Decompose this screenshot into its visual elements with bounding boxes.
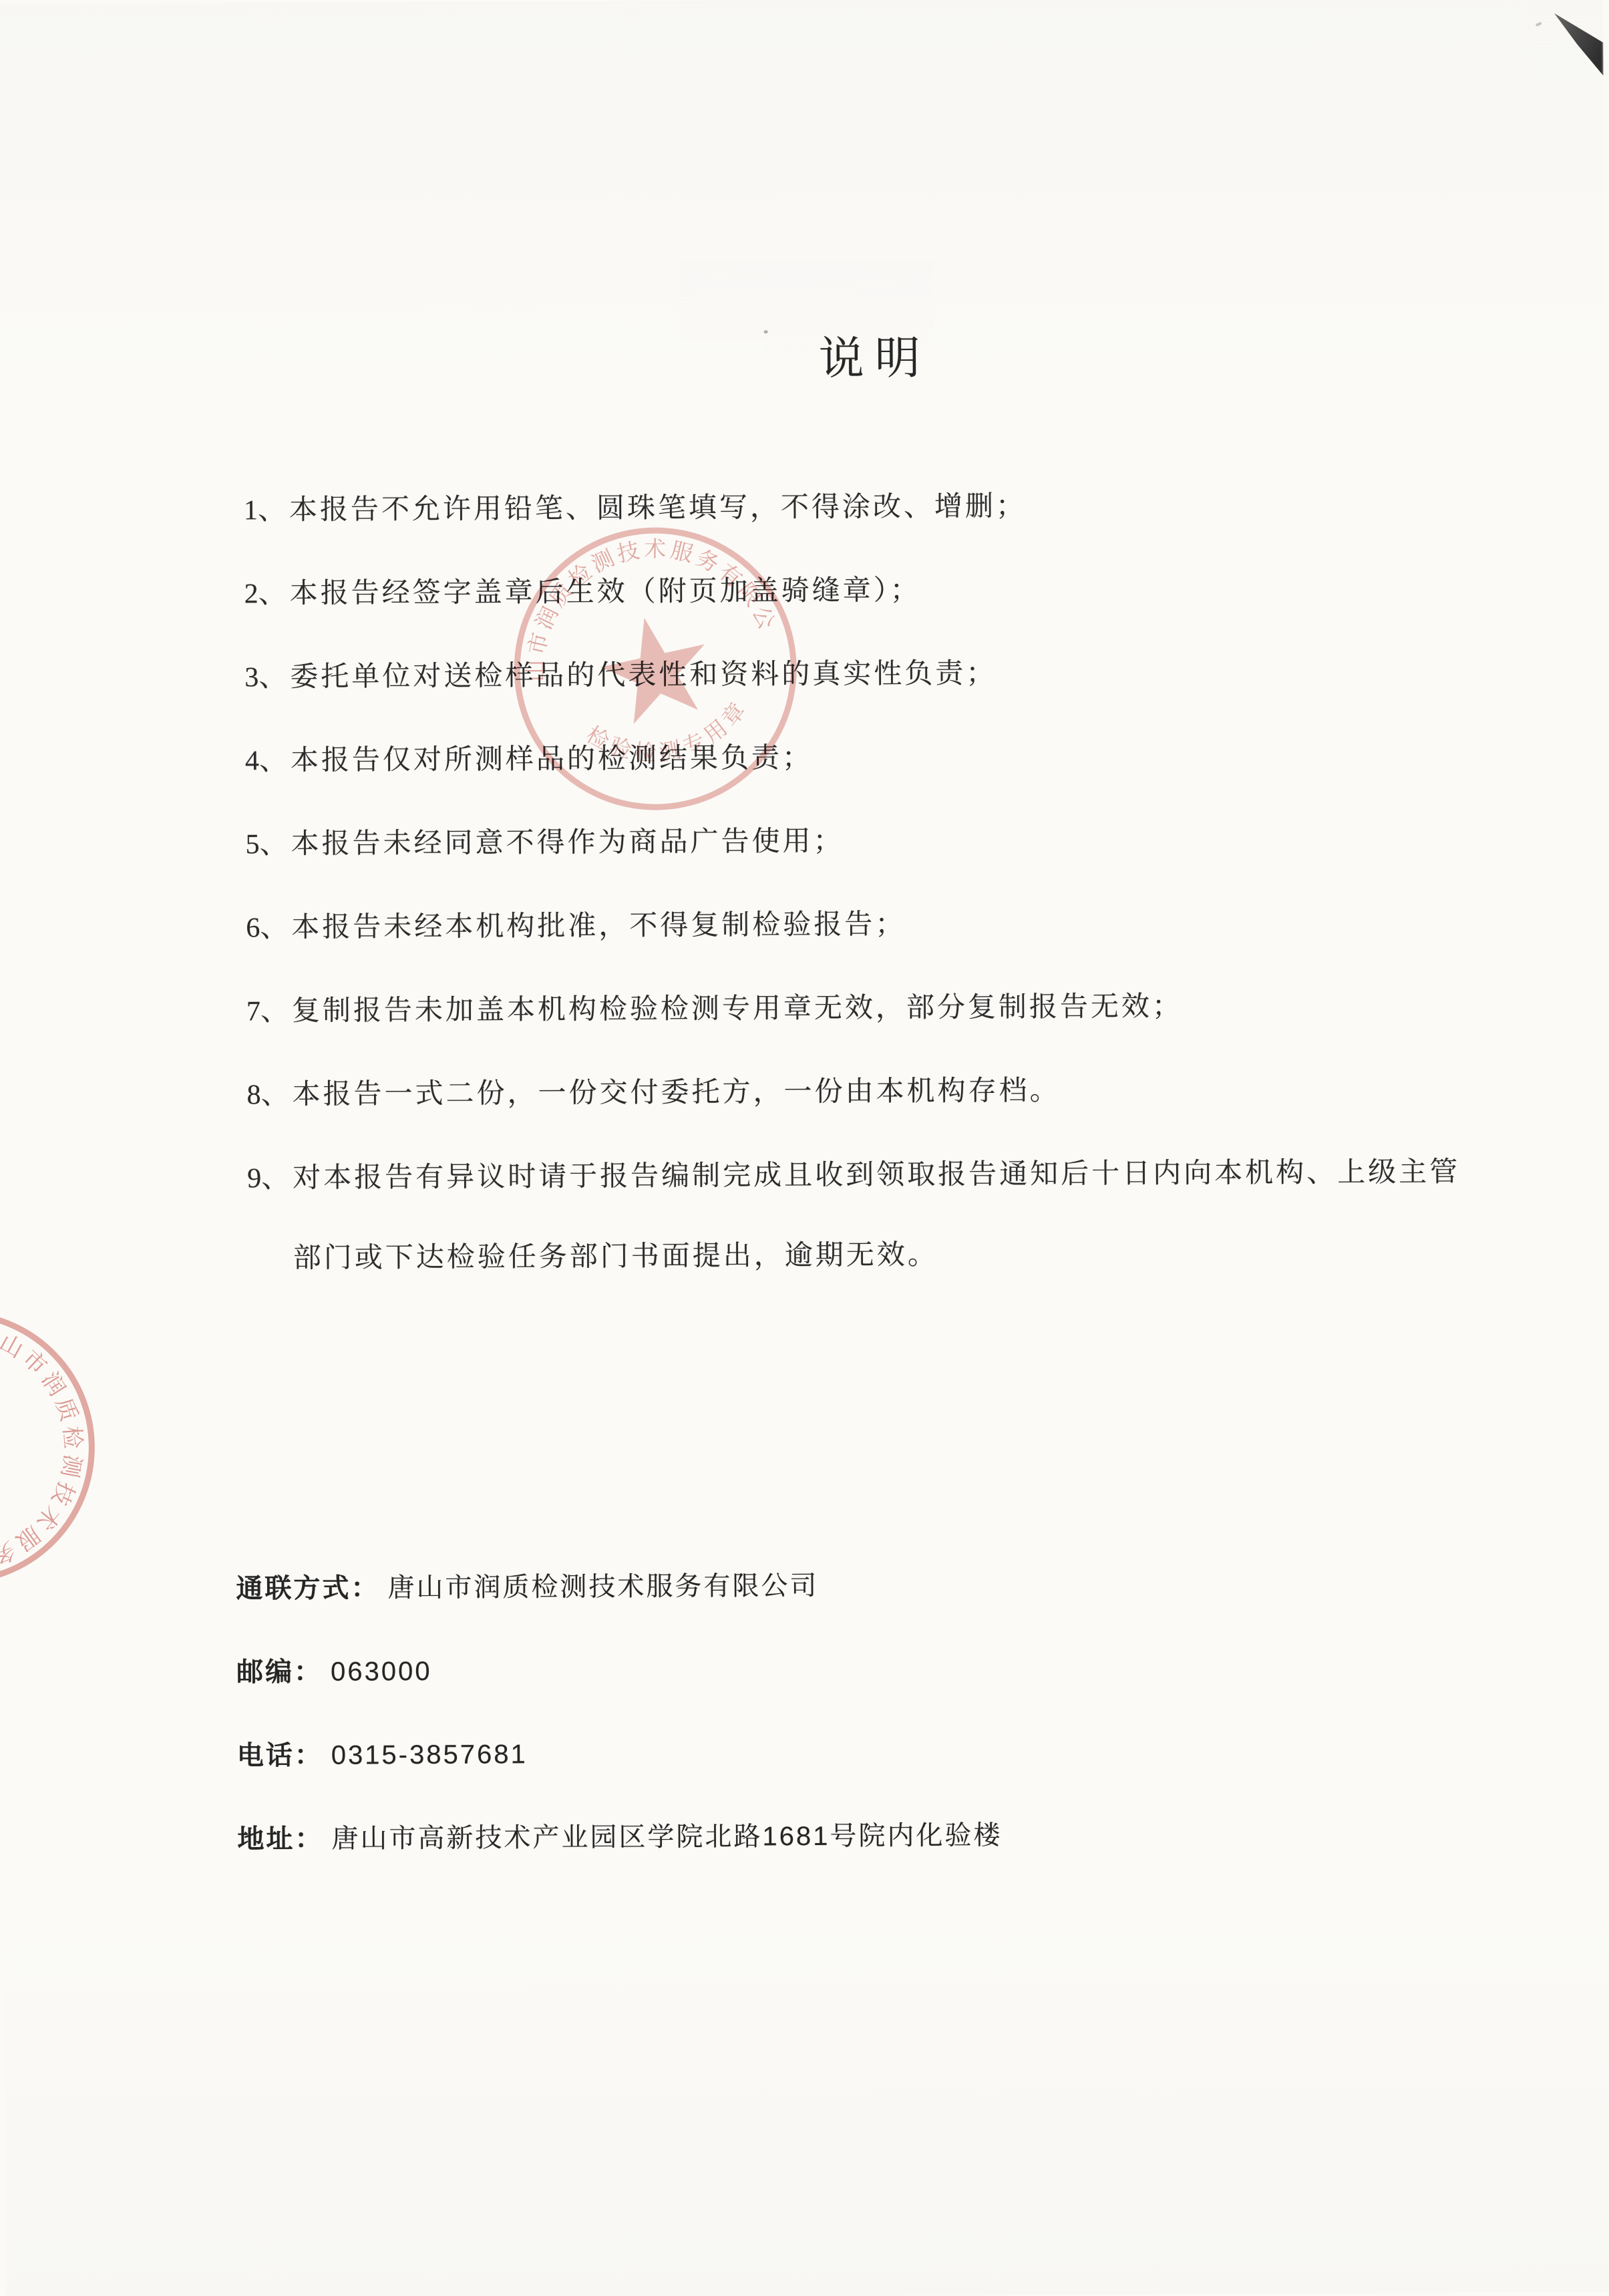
list-item: 9、对本报告有异议时请于报告编制完成且收到领取报告通知后十日内向本机构、上级主管…	[247, 1132, 1471, 1299]
item-number: 5、	[245, 804, 291, 884]
list-item: 6、本报告未经本机构批准，不得复制检验报告；	[246, 882, 1470, 969]
document-page: 说明 1、本报告不允许用铅笔、圆珠笔填写，不得涂改、增删； 2、本报告经签字盖章…	[0, 0, 1609, 2296]
item-number: 6、	[246, 888, 292, 968]
contact-label: 地址：	[237, 1824, 323, 1854]
item-number: 2、	[244, 554, 290, 634]
item-text: 本报告不允许用铅笔、圆珠笔填写，不得涂改、增删；	[289, 491, 1027, 526]
item-text: 复制报告未加盖本机构检验检测专用章无效，部分复制报告无效；	[292, 991, 1183, 1027]
list-item: 4、本报告仅对所测样品的检测结果负责；	[245, 715, 1469, 802]
item-text: 本报告经签字盖章后生效（附页加盖骑缝章）；	[290, 575, 921, 609]
page-title: 说明	[819, 322, 932, 387]
scan-corner-shadow	[1545, 7, 1604, 79]
contact-value: 0315-3857681	[331, 1740, 528, 1770]
scan-speck	[764, 330, 768, 333]
list-item: 8、本报告一式二份，一份交付委托方，一份由本机构存档。	[246, 1049, 1471, 1136]
item-number: 8、	[246, 1055, 293, 1135]
contact-label: 通联方式：	[236, 1573, 379, 1603]
contact-value: 063000	[331, 1657, 432, 1687]
item-text: 本报告一式二份，一份交付委托方，一份由本机构存档。	[292, 1076, 1060, 1110]
item-text: 本报告未经同意不得作为商品广告使用；	[291, 826, 844, 860]
contact-phone-line: 电话：0315-3857681	[236, 1708, 1506, 1798]
item-number: 1、	[244, 470, 290, 550]
list-item: 2、本报告经签字盖章后生效（附页加盖骑缝章）；	[244, 548, 1468, 635]
notes-list: 1、本报告不允许用铅笔、圆珠笔填写，不得涂改、增删； 2、本报告经签字盖章后生效…	[244, 464, 1471, 1303]
list-item: 1、本报告不允许用铅笔、圆珠笔填写，不得涂改、增删；	[244, 464, 1468, 551]
item-text: 本报告未经本机构批准，不得复制检验报告；	[291, 909, 906, 943]
item-text: 本报告仅对所测样品的检测结果负责；	[291, 743, 813, 776]
contact-label: 电话：	[237, 1741, 323, 1771]
list-item: 7、复制报告未加盖本机构检验检测专用章无效，部分复制报告无效；	[246, 965, 1471, 1052]
list-item: 5、本报告未经同意不得作为商品广告使用；	[245, 798, 1469, 885]
list-item: 3、委托单位对送检样品的代表性和资料的真实性负责；	[244, 631, 1469, 718]
item-number: 4、	[245, 721, 291, 801]
item-text: 委托单位对送检样品的代表性和资料的真实性负责；	[290, 658, 997, 693]
scan-speck	[1536, 21, 1542, 26]
contact-address-line: 地址：唐山市高新技术产业园区学院北路1681号院内化验楼	[237, 1792, 1507, 1882]
contact-company-line: 通联方式：唐山市润质检测技术服务有限公司	[236, 1541, 1505, 1631]
item-text: 对本报告有异议时请于报告编制完成且收到领取报告通知后十日内向本机构、上级主管部门…	[293, 1157, 1460, 1274]
contact-value: 唐山市润质检测技术服务有限公司	[387, 1571, 818, 1603]
item-number: 7、	[246, 971, 293, 1051]
seal-arc-text: 唐山市润质检测技术服务有限公司	[0, 1299, 153, 1633]
seal-ring	[0, 1270, 136, 1625]
contact-postcode-line: 邮编：063000	[236, 1625, 1506, 1715]
item-number: 9、	[247, 1138, 293, 1218]
item-number: 3、	[244, 637, 291, 717]
contact-value: 唐山市高新技术产业园区学院北路1681号院内化验楼	[331, 1820, 1002, 1853]
partial-official-seal: 唐山市润质检测技术服务有限公司	[0, 1253, 153, 1643]
contact-block: 通联方式：唐山市润质检测技术服务有限公司 邮编：063000 电话：0315-3…	[236, 1541, 1507, 1882]
contact-label: 邮编：	[236, 1657, 323, 1687]
